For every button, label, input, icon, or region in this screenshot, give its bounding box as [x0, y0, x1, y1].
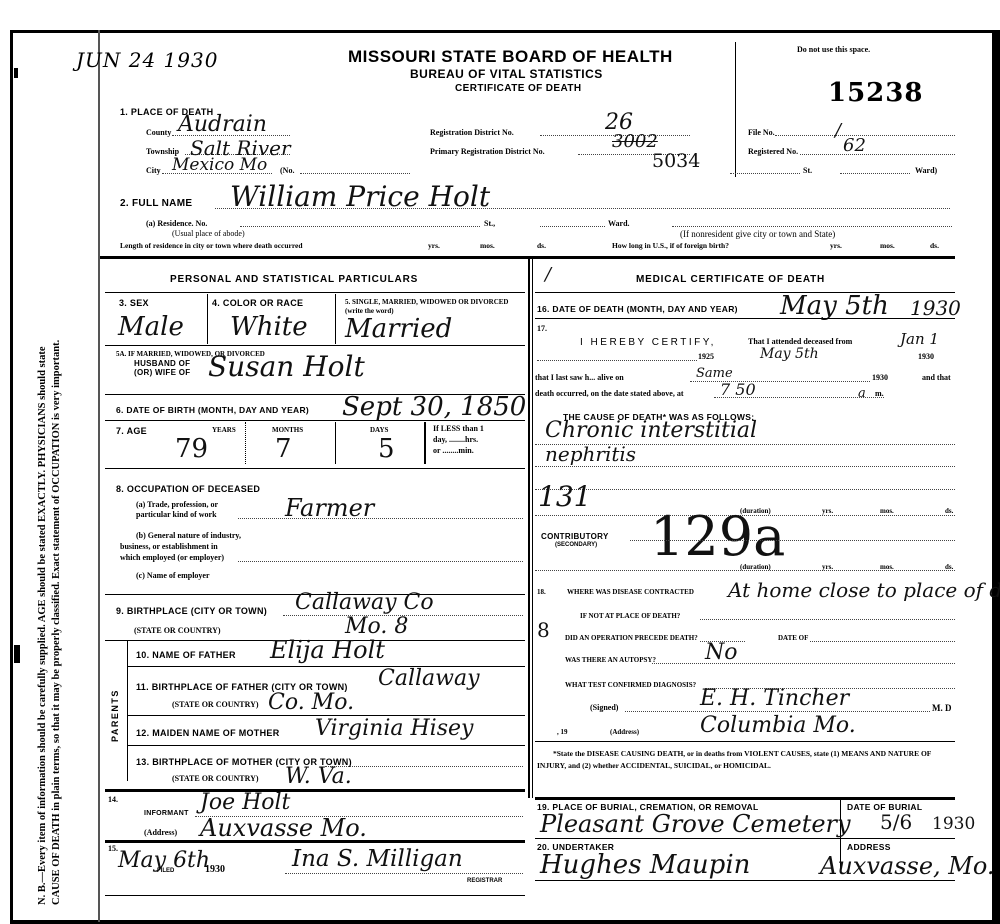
yrs-label: yrs.: [428, 241, 440, 250]
spouse-label-3: (OR) WIFE OF: [134, 368, 190, 377]
race-label: 4. COLOR OR RACE: [212, 298, 303, 308]
occupation-value: Farmer: [285, 494, 374, 522]
mother-name-value: Virginia Hisey: [315, 716, 473, 741]
m-label: m.: [875, 389, 884, 398]
certify-lead: I HEREBY CERTIFY,: [580, 337, 716, 348]
county-value: Audrain: [178, 112, 267, 137]
minutes-label: or ........min.: [433, 446, 474, 455]
and-that-label: and that: [922, 373, 951, 382]
yrs-label: yrs.: [830, 241, 842, 250]
contracted-number: 18.: [537, 588, 546, 596]
operation-label: DID AN OPERATION PRECEDE DEATH?: [565, 634, 698, 642]
death-ampm: a: [858, 386, 866, 401]
file-no-label: File No.: [748, 128, 775, 137]
occupation-b-label-3: which employed (or employer): [120, 553, 224, 562]
cause-of-death-line1: Chronic interstitial: [545, 418, 757, 443]
margin-note-line2: CAUSE OF DEATH in plain terms, so that i…: [50, 340, 63, 905]
occupation-b-label-1: (b) General nature of industry,: [136, 531, 241, 540]
city-value: Mexico Mo: [172, 155, 267, 175]
undertaker-address: Auxvasse, Mo.: [820, 852, 995, 880]
registrar-signature: Ina S. Milligan: [292, 846, 463, 872]
office-note: Do not use this space.: [797, 45, 870, 54]
father-birthplace-city: Callaway: [378, 666, 480, 691]
medical-section-title: MEDICAL CERTIFICATE OF DEATH: [636, 274, 825, 285]
filed-label: FILED: [157, 868, 174, 874]
attended-from: Jan 1: [900, 330, 939, 348]
column-divider: [532, 258, 533, 798]
contracted-value: At home close to place of death: [728, 578, 1000, 602]
registrar-label: REGISTRAR: [467, 878, 502, 884]
mos-label: mos.: [880, 507, 894, 515]
column-mark: /: [545, 264, 551, 285]
registration-district-label: Registration District No.: [430, 128, 514, 137]
length-of-residence-label: Length of residence in city or town wher…: [120, 241, 303, 250]
undertaker-address-label: ADDRESS: [847, 842, 891, 852]
birthplace-label: 9. BIRTHPLACE (CITY OR TOWN): [116, 606, 267, 616]
cause-footnote: *State the DISEASE CAUSING DEATH, or in …: [537, 748, 957, 772]
dob-value: Sept 30, 1850: [342, 392, 526, 422]
death-occurred-label: death occurred, on the date stated above…: [535, 389, 684, 398]
sex-label: 3. SEX: [119, 298, 149, 308]
informant-label: INFORMANT: [144, 810, 189, 817]
personal-section-title: PERSONAL AND STATISTICAL PARTICULARS: [170, 274, 418, 285]
side-mark: 8: [537, 618, 550, 642]
mother-birthplace-state-label: (STATE OR COUNTRY): [172, 774, 259, 783]
date-prefix: , 19: [557, 728, 568, 736]
mos-label: mos.: [880, 241, 895, 250]
contracted-label: WHERE WAS DISEASE CONTRACTED: [567, 588, 694, 596]
mos-label: mos.: [480, 241, 495, 250]
mother-birthplace-state: W. Va.: [285, 764, 352, 789]
yrs-label: yrs.: [822, 507, 833, 515]
ds-label: ds.: [537, 241, 546, 250]
punch-mark: [14, 645, 20, 663]
primary-registration-label: Primary Registration District No.: [430, 147, 545, 156]
undertaker-value: Hughes Maupin: [540, 850, 750, 880]
informant-name: Joe Holt: [200, 790, 290, 815]
autopsy-label: WAS THERE AN AUTOPSY?: [565, 656, 656, 664]
foreign-birth-label: How long in U.S., if of foreign birth?: [612, 241, 729, 250]
father-name-label: 10. NAME OF FATHER: [136, 650, 236, 660]
attended-from-year: 1925: [698, 352, 714, 361]
column-divider: [528, 258, 530, 798]
attended-to: May 5th: [760, 346, 819, 362]
registered-no-label: Registered No.: [748, 147, 798, 156]
burial-date-value: 5/6: [880, 810, 912, 834]
informant-number: 14.: [108, 795, 118, 804]
primary-registration-value: 5034: [652, 150, 700, 172]
attended-to-year: 1930: [918, 352, 934, 361]
parents-side-label: PARENTS: [110, 689, 120, 742]
ds-label: ds.: [930, 241, 939, 250]
occupation-a-label-2: particular kind of work: [136, 510, 217, 519]
ward-label: Ward): [915, 166, 937, 175]
certify-text: That I attended deceased from: [748, 337, 852, 346]
age-days-value: 5: [378, 434, 395, 464]
city-label: City: [146, 166, 161, 175]
age-days-label: DAYS: [370, 426, 388, 434]
document-title: MISSOURI STATE BOARD OF HEALTH: [348, 47, 673, 67]
physician-signature: E. H. Tincher: [700, 686, 849, 711]
house-no-label: (No.: [280, 166, 294, 175]
sex-value: Male: [118, 312, 184, 342]
residence-street-label: St.,: [484, 219, 495, 228]
race-value: White: [230, 312, 308, 342]
hours-label: day, ........hrs.: [433, 435, 478, 444]
secondary-label: (SECONDARY): [555, 542, 597, 548]
residence-sub-label: (Usual place of abode): [172, 229, 245, 238]
file-no-value: /: [835, 120, 841, 141]
operation-date-label: DATE OF: [778, 634, 808, 642]
burial-year: 1930: [932, 814, 975, 834]
certify-number: 17.: [537, 324, 547, 333]
occupation-label: 8. OCCUPATION OF DECEASED: [116, 484, 260, 494]
occupation-b-label-2: business, or establishment in: [120, 542, 218, 551]
informant-address: Auxvasse Mo.: [200, 814, 367, 842]
county-label: County: [146, 128, 171, 137]
contributory-label: CONTRIBUTORY: [541, 532, 609, 541]
mother-name-label: 12. MAIDEN NAME OF MOTHER: [136, 728, 280, 738]
physician-address: Columbia Mo.: [700, 713, 856, 738]
informant-address-label: (Address): [144, 828, 177, 837]
certificate-type: CERTIFICATE OF DEATH: [455, 83, 582, 94]
dob-label: 6. DATE OF BIRTH (MONTH, DAY AND YEAR): [116, 405, 309, 415]
date-of-death-value: May 5th: [780, 291, 889, 321]
margin-note-line1: N. B.—Every item of information should b…: [36, 346, 49, 905]
birthplace-state-label: (STATE OR COUNTRY): [134, 626, 221, 635]
occupation-c-label: (c) Name of employer: [136, 571, 210, 580]
date-of-death-label: 16. DATE OF DEATH (MONTH, DAY AND YEAR): [537, 304, 738, 314]
classification-code-1: 131: [538, 480, 591, 513]
ds-label: ds.: [945, 507, 953, 515]
md-label: M. D: [932, 703, 952, 713]
mos-label: mos.: [880, 563, 894, 571]
cause-of-death-line2: nephritis: [545, 442, 636, 466]
classification-code-2: 129a: [650, 505, 785, 568]
test-label: WHAT TEST CONFIRMED DIAGNOSIS?: [565, 681, 696, 689]
father-name-value: Elija Holt: [270, 636, 385, 664]
age-years-label: YEARS: [212, 426, 236, 434]
scan-edge-right: [992, 30, 1000, 924]
marital-value: Married: [345, 314, 452, 344]
physician-address-label: (Address): [610, 728, 639, 736]
residence-ward-label: Ward.: [608, 219, 630, 228]
date-of-death-year: 1930: [910, 296, 961, 320]
father-birthplace-state-label: (STATE OR COUNTRY): [172, 700, 259, 709]
autopsy-value: No: [705, 640, 738, 665]
scan-edge-bottom: [10, 920, 1000, 924]
nonresident-note: (If nonresident give city or town and St…: [680, 229, 835, 239]
age-months-label: MONTHS: [272, 426, 303, 434]
ds-label: ds.: [945, 563, 953, 571]
spouse-value: Susan Holt: [208, 350, 365, 383]
age-label: 7. AGE: [116, 426, 147, 436]
filed-year: 1930: [205, 864, 225, 875]
full-name-label: 2. FULL NAME: [120, 198, 192, 209]
residence-label: (a) Residence. No.: [146, 219, 207, 228]
occupation-a-label-1: (a) Trade, profession, or: [136, 500, 218, 509]
contracted-sub-label: IF NOT AT PLACE OF DEATH?: [580, 612, 680, 620]
filed-number: 15.: [108, 844, 118, 853]
last-saw-label: that I last saw h... alive on: [535, 373, 624, 382]
margin-divider: [98, 30, 100, 922]
received-stamp: JUN 24 1930: [76, 48, 218, 72]
age-years-value: 79: [175, 434, 208, 464]
yrs-label: yrs.: [822, 563, 833, 571]
office-box-divider: [735, 42, 736, 177]
primary-registration-struck: 3002: [612, 131, 658, 152]
less-than-one-label: If LESS than 1: [433, 424, 484, 433]
burial-place-value: Pleasant Grove Cemetery: [540, 810, 851, 838]
birthplace-city-value: Callaway Co: [295, 590, 434, 615]
last-saw-value: Same: [696, 366, 733, 381]
age-months-value: 7: [275, 434, 292, 464]
street-label: St.: [803, 166, 812, 175]
registered-no-value: 62: [843, 135, 866, 156]
duration-label: (duration): [740, 563, 771, 571]
signed-label: (Signed): [590, 703, 618, 712]
full-name-value: William Price Holt: [230, 180, 490, 213]
punch-mark: [14, 68, 18, 78]
bureau-title: BUREAU OF VITAL STATISTICS: [410, 67, 603, 81]
father-birthplace-state: Co. Mo.: [268, 690, 354, 715]
last-saw-year: 1930: [872, 373, 888, 382]
death-time: 7 50: [720, 380, 756, 399]
certificate-number: 15238: [828, 78, 923, 108]
spouse-label-2: HUSBAND OF: [134, 359, 190, 368]
